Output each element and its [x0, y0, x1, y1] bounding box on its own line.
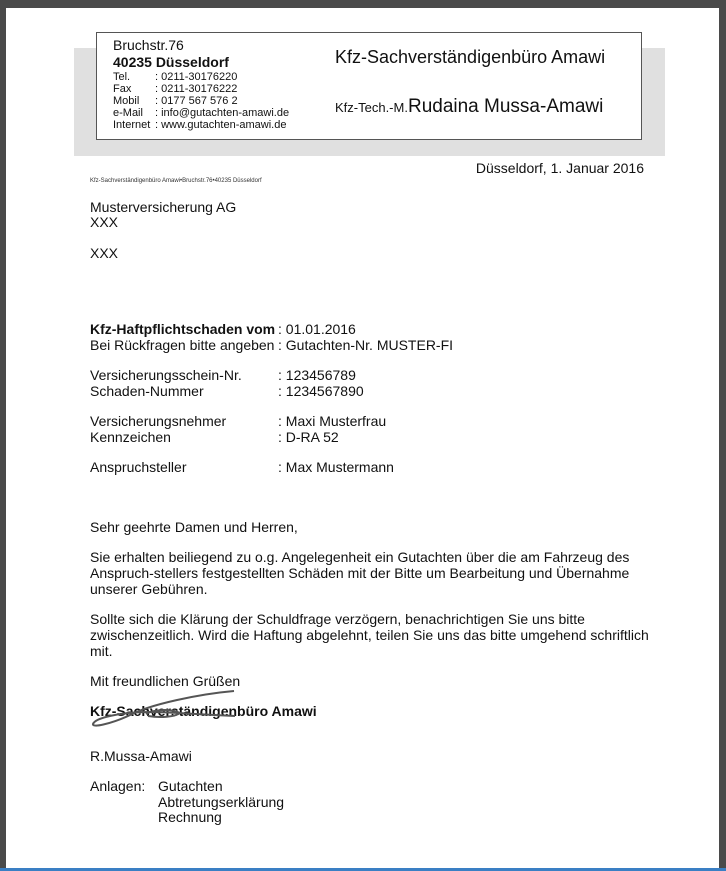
attachments: Anlagen: Gutachten Abtretungserklärung R… [90, 779, 284, 826]
reference-row: Kennzeichen: D-RA 52 [90, 430, 453, 446]
owner: Kfz-Tech.-M.Rudaina Mussa-Amawi [335, 96, 603, 118]
owner-name: Rudaina Mussa-Amawi [408, 96, 603, 117]
reference-row: Bei Rückfragen bitte angeben: Gutachten-… [90, 338, 453, 354]
street: Bruchstr.76 [113, 37, 289, 54]
attachment-item: Abtretungserklärung [158, 795, 284, 811]
contact-website: Internet: www.gutachten-amawi.de [113, 119, 289, 131]
contact-tel: Tel.: 0211-30176220 [113, 71, 289, 83]
contact-email: e-Mail: info@gutachten-amawi.de [113, 107, 289, 119]
paragraph: Sie erhalten beiliegend zu o.g. Angelege… [90, 549, 670, 597]
date-line: Düsseldorf, 1. Januar 2016 [476, 160, 644, 176]
recipient-address: Musterversicherung AG XXX XXX [90, 200, 236, 261]
contact-mobile: Mobil: 0177 567 576 2 [113, 95, 289, 107]
attachment-item: Gutachten [158, 779, 284, 795]
owner-prefix: Kfz-Tech.-M. [335, 100, 408, 115]
reference-row: Versicherungsschein-Nr.: 123456789 [90, 368, 453, 384]
sender-return-address: Kfz-Sachverständigenbüro Amawi•Bruchstr.… [90, 178, 262, 184]
letterhead-address: Bruchstr.76 40235 Düsseldorf Tel.: 0211-… [113, 37, 289, 131]
attachments-label: Anlagen: [90, 779, 158, 826]
reference-row: Schaden-Nummer: 1234567890 [90, 384, 453, 400]
recipient-line: Musterversicherung AG [90, 200, 236, 215]
document-page: Bruchstr.76 40235 Düsseldorf Tel.: 0211-… [6, 8, 719, 868]
letterhead: Bruchstr.76 40235 Düsseldorf Tel.: 0211-… [96, 32, 642, 140]
city: 40235 Düsseldorf [113, 54, 289, 71]
attachment-item: Rechnung [158, 810, 284, 826]
reference-block: Kfz-Haftpflichtschaden vom: 01.01.2016 B… [90, 322, 453, 476]
paragraph: Sollte sich die Klärung der Schuldfrage … [90, 611, 670, 659]
recipient-line: XXX [90, 246, 236, 261]
closing: Mit freundlichen Grüßen [90, 673, 670, 689]
reference-row: Versicherungsnehmer: Maxi Musterfrau [90, 414, 453, 430]
recipient-line: XXX [90, 215, 236, 230]
reference-row: Anspruchsteller: Max Mustermann [90, 460, 453, 476]
firm-name: Kfz-Sachverständigenbüro Amawi [335, 47, 605, 68]
contact-fax: Fax: 0211-30176222 [113, 83, 289, 95]
signer-name: R.Mussa-Amawi [90, 748, 192, 764]
salutation: Sehr geehrte Damen und Herren, [90, 519, 670, 535]
reference-row: Kfz-Haftpflichtschaden vom: 01.01.2016 [90, 322, 453, 338]
signature-icon [90, 688, 240, 733]
